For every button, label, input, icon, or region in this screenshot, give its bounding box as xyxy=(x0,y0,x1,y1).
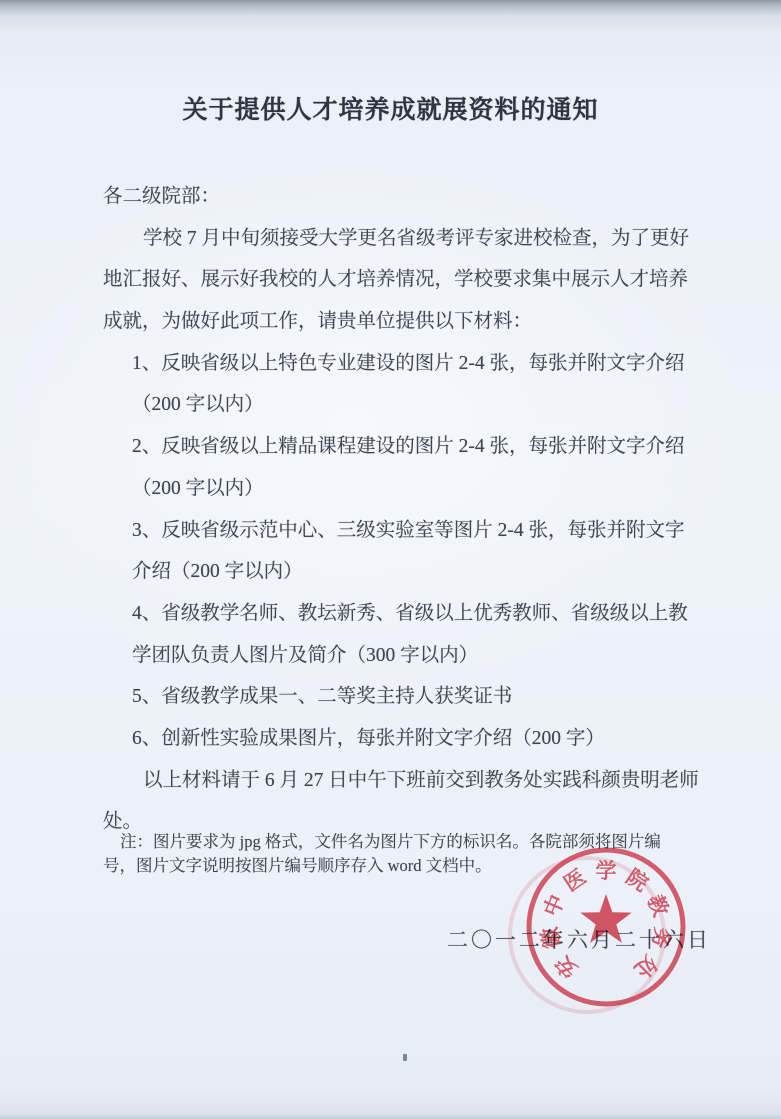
text-line: （200 字以内） xyxy=(103,468,703,510)
text-line: 1、反映省级以上特色专业建设的图片 2-4 张，每张并附文字介绍 xyxy=(103,343,703,385)
seal-character: 教 xyxy=(643,891,674,921)
seal-character: 学 xyxy=(596,859,617,883)
seal-character: 务 xyxy=(647,925,675,950)
seal-character: 中 xyxy=(539,891,569,920)
seal-character: 医 xyxy=(560,865,591,897)
text-line: 以上材料请于 6 月 27 日中午下班前交到教务处实践科颜贵明老师 xyxy=(103,760,703,802)
text-line: 3、反映省级示范中心、三级实验室等图片 2-4 张，每张并附文字 xyxy=(103,510,703,552)
star-icon xyxy=(580,894,631,943)
text-line: 学校 7 月中旬须接受大学更名省级考评专家进校检查，为了更好 xyxy=(103,218,703,260)
seal-character: 徽 xyxy=(537,925,565,950)
text-line: 6、创新性实验成果图片，每张并附文字介绍（200 字） xyxy=(103,718,703,760)
text-line: 学团队负责人图片及简介（300 字以内） xyxy=(103,635,703,677)
text-line: 2、反映省级以上精品课程建设的图片 2-4 张，每张并附文字介绍 xyxy=(103,426,703,468)
text-line: 地汇报好、展示好我校的人才培养情况，学校要求集中展示人才培养 xyxy=(103,259,703,301)
text-line: （200 字以内） xyxy=(103,384,703,426)
text-line: 4、省级教学名师、教坛新秀、省级以上优秀教师、省级级以上教 xyxy=(103,593,703,635)
text-line: 介绍（200 字以内） xyxy=(103,551,703,593)
text-line: 成就，为做好此项工作，请贵单位提供以下材料： xyxy=(103,301,703,343)
scan-artifact-speck xyxy=(403,1054,407,1061)
text-line: 5、省级教学成果一、二等奖主持人获奖证书 xyxy=(103,676,703,718)
body-text: 各二级院部：学校 7 月中旬须接受大学更名省级考评专家进校检查，为了更好地汇报好… xyxy=(103,176,703,843)
seal-character: 安 xyxy=(550,951,582,983)
text-line: 各二级院部： xyxy=(103,176,703,218)
document-title: 关于提供人才培养成就展资料的通知 xyxy=(0,90,781,126)
seal-character: 处 xyxy=(630,951,662,983)
scanned-notice-page: 关于提供人才培养成就展资料的通知 各二级院部：学校 7 月中旬须接受大学更名省级… xyxy=(0,0,781,1119)
official-seal: 安徽中医学院教务处 xyxy=(503,825,713,1035)
